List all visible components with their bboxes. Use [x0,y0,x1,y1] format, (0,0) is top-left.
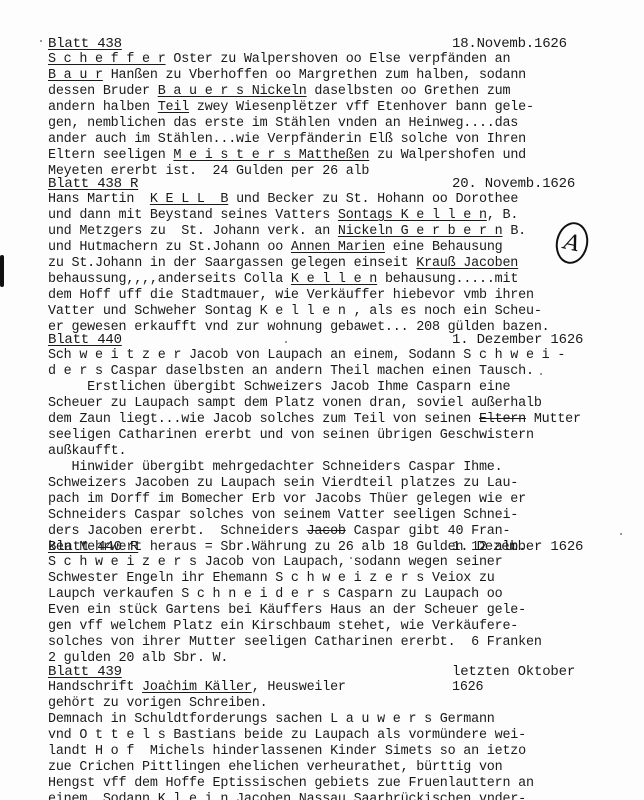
text-segment: und Metzgers zu St. Johann verk. an [48,224,338,239]
text-line: landt H o f Michels hinderlassenen Kinde… [48,744,608,760]
text-line: außkaufft. [48,444,608,460]
text-segment: Hengst vff dem Hoffe Eptissischen gebiet… [48,776,534,791]
underlined-name: M e i s t e r s Mattheßen [173,148,369,163]
text-line: gen vff welchem Platz ein Kirschbaum ste… [48,619,608,635]
entry-blatt-438: Blatt 43818.Novemb.1626S c h e f f e r O… [48,36,608,180]
document-page: Blatt 43818.Novemb.1626S c h e f f e r O… [0,0,644,800]
text-line: dem Hoff uff die Stadtmauer, wie Verkäuf… [48,288,608,304]
paper-speck [620,533,622,535]
text-line: solches von ihrer Mutter seeligen Cathar… [48,635,608,651]
circled-a-letter: A [562,229,583,257]
paper-speck [540,373,542,375]
text-segment: daselbsten oo Grethen zum [307,84,511,99]
entry-blatt-440-r: Blatt 440 R1. Dezember 1626S c h w e i z… [48,539,608,667]
entry-header: Blatt 43818.Novemb.1626 [48,36,608,52]
text-line: Handschrift Joachim Käller, Heusweiler16… [48,680,608,696]
text-line: S c h w e i z e r s Jacob von Laupach, s… [48,555,608,571]
underlined-name: Teil [158,100,189,115]
text-segment: außkaufft. [48,444,126,459]
text-segment: landt H o f Michels hinderlassenen Kinde… [48,744,526,759]
text-segment: zu St.Johann in der Saargassen gelegen e… [48,256,416,271]
underlined-name: Annen Marien [291,240,385,255]
text-line: Hinwider übergibt mehrgedachter Schneide… [48,460,608,476]
paper-speck [285,341,287,343]
entry-date: 1. Dezember 1626 [452,539,583,555]
text-segment: pach im Dorff im Bomecher Erb vor Jacobs… [48,492,526,507]
text-line: Demnach in Schuldtforderungs sachen L a … [48,712,608,728]
text-segment: , B. [487,208,518,223]
entry-header: Blatt 440 R1. Dezember 1626 [48,539,608,555]
text-segment: behausung.....mit [377,272,518,287]
text-line: Sch w e i t z e r Jacob von Laupach an e… [48,348,608,364]
blatt-number: Blatt 439 [48,664,122,680]
text-segment: seeligen Catharinen ererbt und von seine… [48,428,534,443]
paper-speck [168,680,170,682]
entry-blatt-439: Blatt 439letzten OktoberHandschrift Joac… [48,664,608,800]
text-segment: Schweizers Jacoben zu Laupach sein Vierd… [48,476,518,491]
text-segment: Eltern seeligen [48,148,173,163]
text-segment: Schwester Engeln ihr Ehemann S c h w e i… [48,571,495,586]
text-segment: Erstlichen übergibt Schweizers Jacob Ihm… [48,380,510,395]
text-line: Schweizers Jacoben zu Laupach sein Vierd… [48,476,608,492]
text-segment: Demnach in Schuldtforderungs sachen L a … [48,712,495,727]
entry-date: letzten Oktober [452,664,575,680]
entry-header: Blatt 438 R20. Novemb.1626 [48,176,608,192]
text-line: dem Zaun liegt...wie Jacob solches zum T… [48,412,608,428]
underlined-name: Sontags K e l l e n [338,208,487,223]
text-segment: vnd O t t e l s Bastians beide zu Laupac… [48,728,526,743]
text-segment: Handschrift [48,680,142,695]
text-segment: dem Hoff uff die Stadtmauer, wie Verkäuf… [48,288,534,303]
blatt-number: Blatt 440 R [48,539,138,555]
underlined-name: K l e i n Jacoben [158,792,291,800]
text-line: d e r s Caspar daselbsten an andern Thei… [48,364,608,380]
blatt-number: Blatt 440 [48,332,122,348]
underlined-name: Joachim Käller [142,680,252,695]
entry-date: 20. Novemb.1626 [452,176,575,192]
text-segment: Hinwider übergibt mehrgedachter Schneide… [48,460,502,475]
text-line: Vatter und Schweher Sontag K e l l e n ,… [48,304,608,320]
text-segment: zue Crichen Pittlingen ehelichen verheur… [48,760,502,775]
struck-text: Jacob [307,524,346,539]
text-line: gehört zu vorigen Schreiben. [48,696,608,712]
text-segment: gen vff welchem Platz ein Kirschbaum ste… [48,619,518,634]
text-segment: Nassau Saarbrückischen vnder- [291,792,526,800]
text-line: und dann mit Beystand seines Vatters Son… [48,208,608,224]
paper-speck [350,557,352,559]
text-segment: d e r s Caspar daselbsten an andern Thei… [48,364,534,379]
entry-date: 18.Novemb.1626 [452,36,567,52]
text-segment: zu Walpershofen und [369,148,526,163]
text-line: Even ein stück Gartens bei Käuffers Haus… [48,603,608,619]
text-segment: Caspar gibt 40 Fran- [346,524,511,539]
text-segment: ander auch im Stählen...wie Verpfänderin… [48,132,526,147]
text-segment: S c h w e i z e r s Jacob von Laupach, s… [48,555,502,570]
text-segment: und Hutmachern zu St.Johann oo [48,240,291,255]
entry-blatt-440: Blatt 4401. Dezember 1626Sch w e i t z e… [48,332,608,556]
margin-bar-mark [0,255,4,287]
text-segment: gehört zu vorigen Schreiben. [48,696,267,711]
text-line: Laupch verkaufen S c h n e i d e r s Cas… [48,587,608,603]
text-segment: B. [502,224,526,239]
text-segment: eine Behausung [385,240,503,255]
text-segment: behaussung,,,,anderseits Colla [48,272,291,287]
text-line: Eltern seeligen M e i s t e r s Mattheße… [48,148,608,164]
text-line: S c h e f f e r Oster zu Walpershoven oo… [48,52,608,68]
text-line: Schwester Engeln ihr Ehemann S c h w e i… [48,571,608,587]
paper-speck [40,40,42,42]
text-segment: Even ein stück Gartens bei Käuffers Haus… [48,603,526,618]
blatt-number: Blatt 438 [48,36,122,52]
text-segment: Laupch verkaufen S c h n e i d e r s Cas… [48,587,502,602]
underlined-name: Krauß Jacoben [416,256,518,271]
text-segment: , Heusweiler [252,680,346,695]
underlined-name: S c h e f f e r [48,52,166,67]
text-segment: gen, nemblichen das erste im Stählen vnd… [48,116,518,131]
struck-text: Eltern [479,412,526,427]
text-line: ders Jacoben ererbt. Schneiders Jacob Ca… [48,524,608,540]
text-segment: andern halben [48,100,158,115]
text-segment: Sch w e i t z e r Jacob von Laupach an e… [48,348,565,363]
text-line: gen, nemblichen das erste im Stählen vnd… [48,116,608,132]
text-line: Erstlichen übergibt Schweizers Jacob Ihm… [48,380,608,396]
text-line: behaussung,,,,anderseits Colla K e l l e… [48,272,608,288]
entry-header: Blatt 4401. Dezember 1626 [48,332,608,348]
text-segment: Schneiders Caspar solches von seinem Vat… [48,508,518,523]
text-line: zu St.Johann in der Saargassen gelegen e… [48,256,608,272]
text-segment: und dann mit Beystand seines Vatters [48,208,338,223]
underlined-name: K E L L B [150,192,228,207]
blatt-number: Blatt 438 R [48,176,138,192]
entry-date-year: 1626 [452,680,483,696]
underlined-name: K e l l e n [291,272,377,287]
text-line: seeligen Catharinen ererbt und von seine… [48,428,608,444]
text-line: Hans Martin K E L L B und Becker zu St. … [48,192,608,208]
text-line: ander auch im Stählen...wie Verpfänderin… [48,132,608,148]
entry-blatt-438-r: Blatt 438 R20. Novemb.1626Hans Martin K … [48,176,608,336]
text-segment: Scheuer zu Laupach sampt dem Platz vonen… [48,396,542,411]
underlined-name: B a u e r s Nickeln [158,84,307,99]
text-line: B a u r Hanßen zu Vberhoffen oo Margreth… [48,68,608,84]
text-line: und Hutmachern zu St.Johann oo Annen Mar… [48,240,608,256]
text-segment: dessen Bruder [48,84,158,99]
text-segment: Oster zu Walpershoven oo Else verpfänden… [166,52,511,67]
text-segment: solches von ihrer Mutter seeligen Cathar… [48,635,542,650]
entry-header: Blatt 439letzten Oktober [48,664,608,680]
underlined-name: B a u r [48,68,103,83]
text-line: zue Crichen Pittlingen ehelichen verheur… [48,760,608,776]
text-segment: einem, Sodann [48,792,158,800]
text-line: Hengst vff dem Hoffe Eptissischen gebiet… [48,776,608,792]
text-segment: dem Zaun liegt...wie Jacob solches zum T… [48,412,479,427]
text-line: und Metzgers zu St. Johann verk. an Nick… [48,224,608,240]
entry-date: 1. Dezember 1626 [452,332,583,348]
text-segment: ders Jacoben ererbt. Schneiders [48,524,307,539]
text-line: andern halben Teil zwey Wiesenplëtzer vf… [48,100,608,116]
text-line: pach im Dorff im Bomecher Erb vor Jacobs… [48,492,608,508]
text-line: einem, Sodann K l e i n Jacoben Nassau S… [48,792,608,800]
text-segment: zwey Wiesenplëtzer vff Etenhover bann ge… [189,100,534,115]
text-segment: Hanßen zu Vberhoffen oo Margrethen zum h… [103,68,526,83]
text-line: Scheuer zu Laupach sampt dem Platz vonen… [48,396,608,412]
text-segment: Hans Martin [48,192,150,207]
text-line: Schneiders Caspar solches von seinem Vat… [48,508,608,524]
text-segment: und Becker zu St. Hohann oo Dorothee [228,192,518,207]
underlined-name: Nickeln G e r b e r n [338,224,503,239]
text-line: vnd O t t e l s Bastians beide zu Laupac… [48,728,608,744]
text-line: dessen Bruder B a u e r s Nickeln daselb… [48,84,608,100]
text-segment: Vatter und Schweher Sontag K e l l e n ,… [48,304,542,319]
text-segment: Mutter [526,412,581,427]
